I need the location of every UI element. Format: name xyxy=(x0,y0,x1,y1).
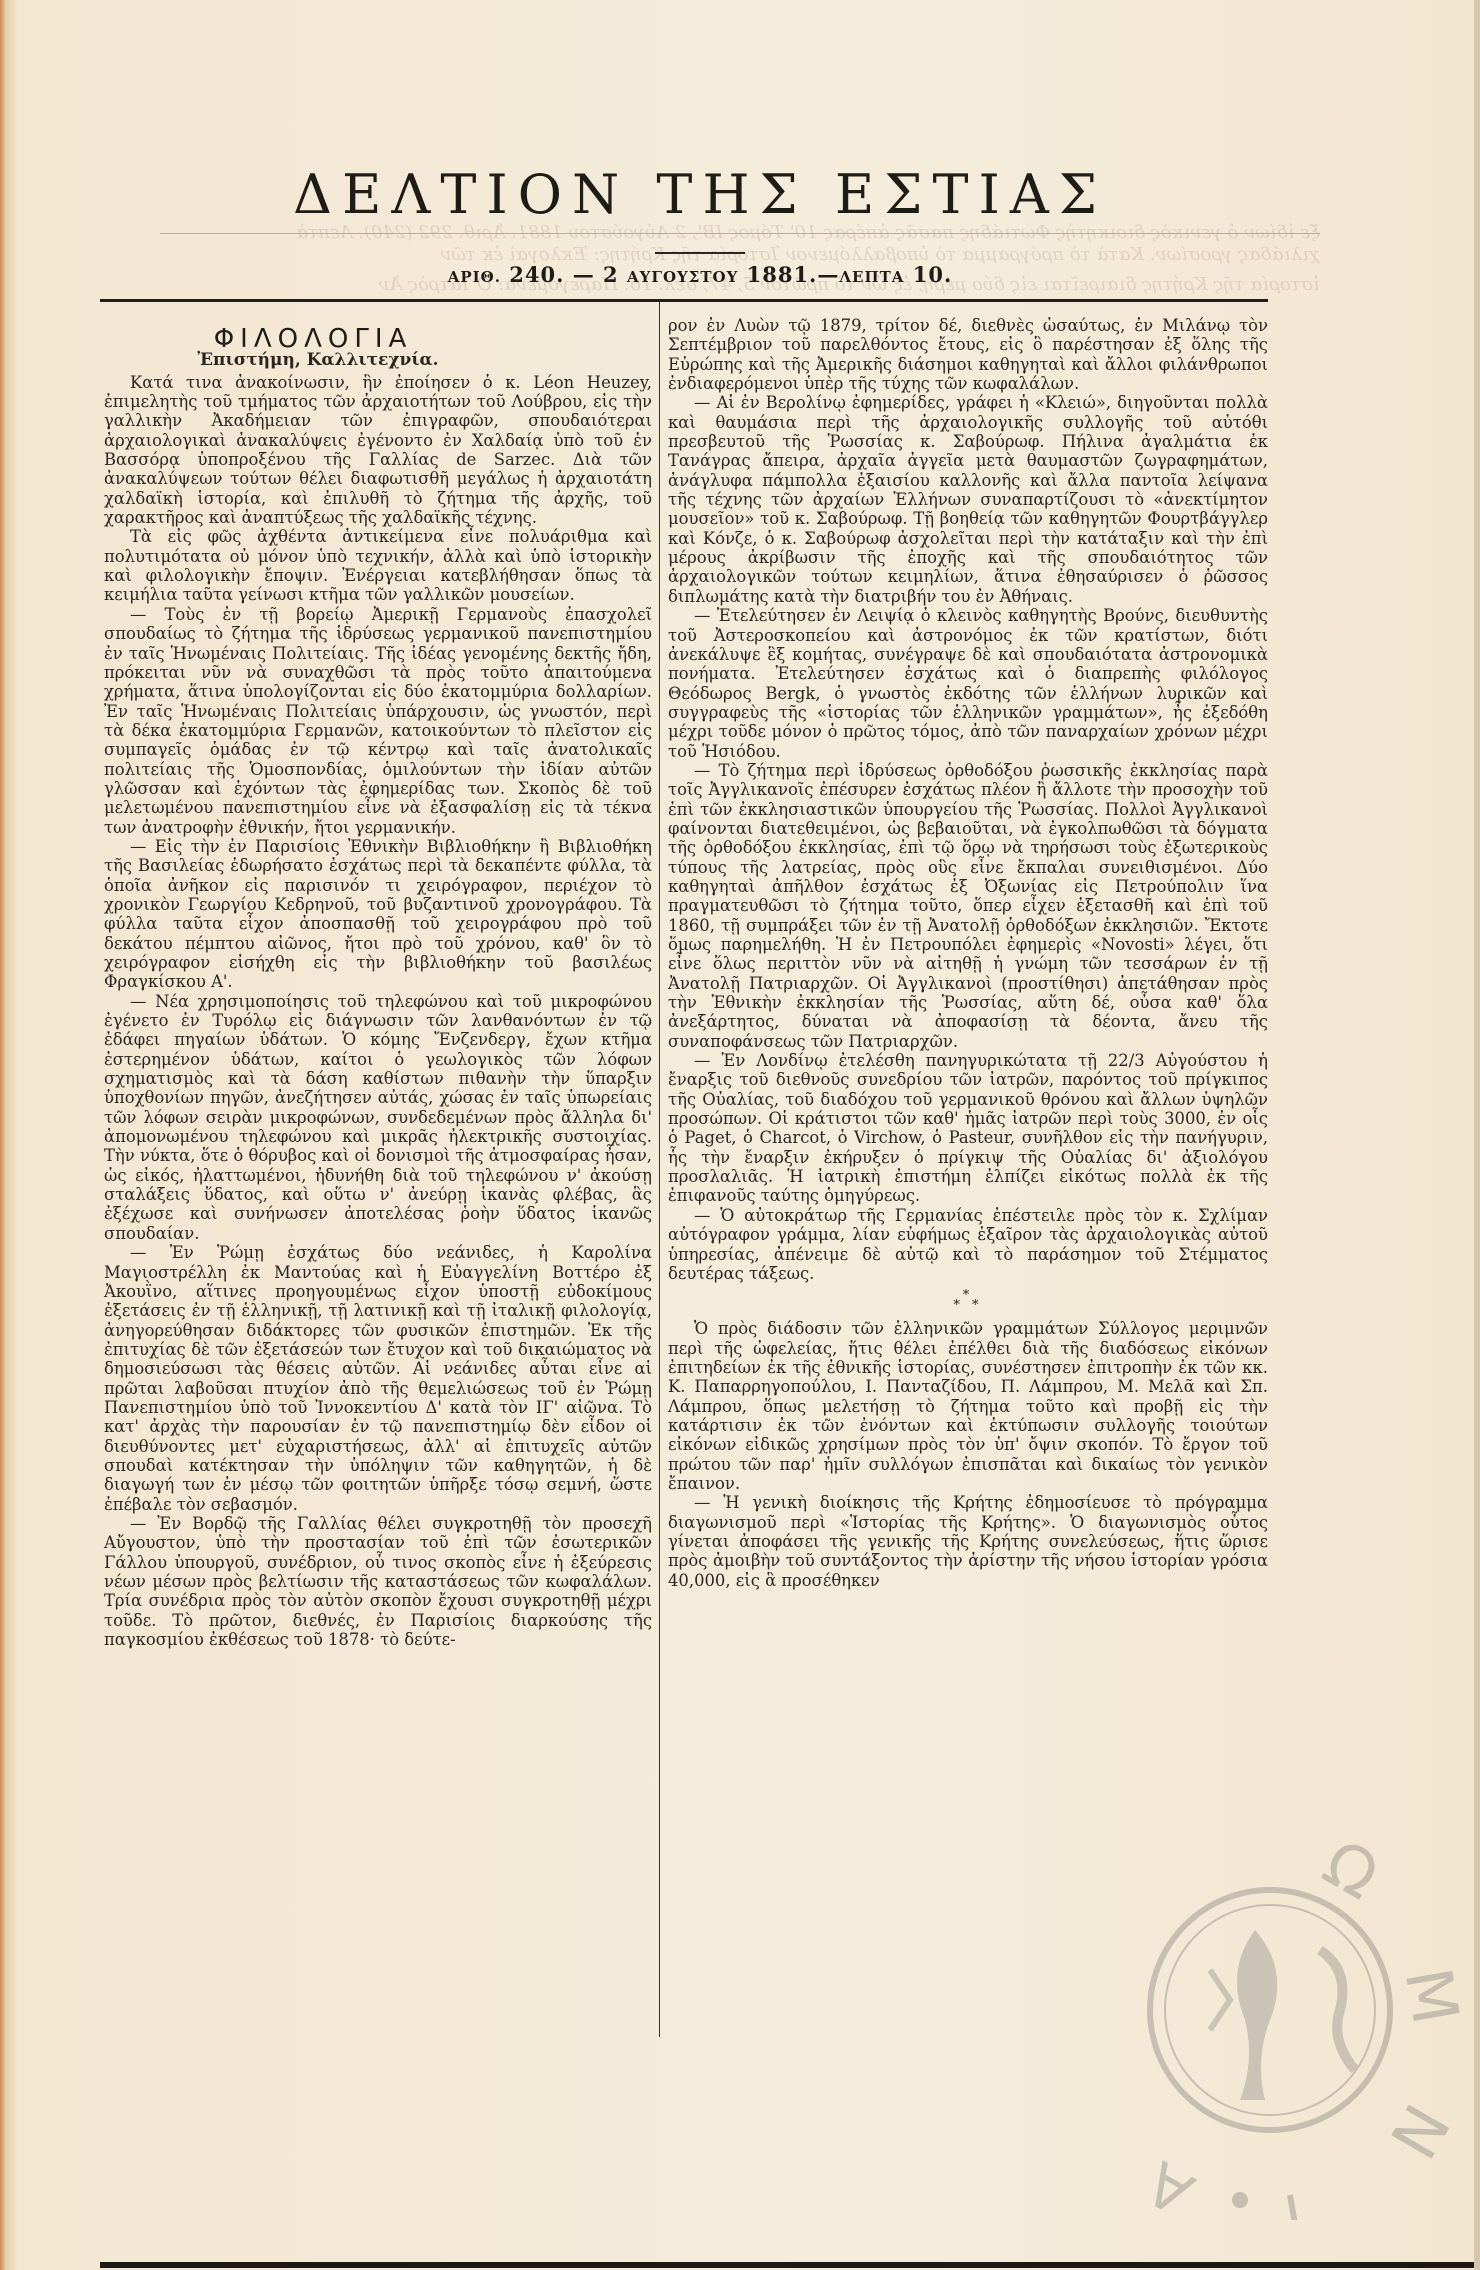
issue-day: 2 xyxy=(603,262,619,287)
right-column: ρον ἐν Λυὼν τῷ 1879, τρίτον δέ, διεθνὲς … xyxy=(668,316,1268,1590)
article-paragraph: — Ἐν Βορδῷ τῆς Γαλλίας θέλει συγκροτηθῇ … xyxy=(104,1514,652,1649)
article-paragraph: — Ἡ γενικὴ διοίκησις τῆς Κρήτης ἐδημοσίε… xyxy=(668,1493,1268,1590)
header-rule xyxy=(100,299,1268,302)
article-paragraph: ρον ἐν Λυὼν τῷ 1879, τρίτον δέ, διεθνὲς … xyxy=(668,316,1268,393)
section-title: ΦΙΛΟΛΟΓΙΑ xyxy=(104,330,652,349)
article-paragraph: — Εἰς τὴν ἐν Παρισίοις Ἐθνικὴν Βιβλιοθήκ… xyxy=(104,837,652,992)
article-paragraph: — Τοὺς ἐν τῇ βορείῳ Ἀμερικῇ Γερμανοὺς ἐπ… xyxy=(104,605,652,837)
issue-dash: — xyxy=(573,262,595,287)
bottom-border xyxy=(100,2262,1480,2268)
article-paragraph: — Αἱ ἐν Βερολίνῳ ἐφημερίδες, γράφει ἡ «Κ… xyxy=(668,393,1268,606)
newspaper-title: ΔΕΛΤΙΟΝ ΤΗΣ ΕΣΤΙΑΣ xyxy=(160,168,1240,222)
archive-stamp-icon: Ω Μ Ν Τ Α xyxy=(1070,1800,1470,2220)
article-paragraph: Ὁ πρὸς διάδοσιν τῶν ἑλληνικῶν γραμμάτων … xyxy=(668,1319,1268,1493)
svg-text:Α: Α xyxy=(1135,2147,1206,2220)
svg-text:Μ: Μ xyxy=(1389,1963,1470,2030)
issue-number: 240. xyxy=(509,262,564,287)
svg-text:Τ: Τ xyxy=(1269,2177,1319,2220)
issue-year: 1881. xyxy=(747,262,818,287)
price-label: ΛΕΠΤΑ xyxy=(839,268,904,286)
article-paragraph: — Ἐτελεύτησεν ἐν Λειψίᾳ ὁ κλεινὸς καθηγη… xyxy=(668,606,1268,761)
svg-text:Ω: Ω xyxy=(1311,1826,1390,1915)
article-paragraph: — Νέα χρησιμοποίησις τοῦ τηλεφώνου καὶ τ… xyxy=(104,992,652,1243)
issue-prefix: ΑΡΙΘ. xyxy=(448,268,501,286)
page-edge xyxy=(1474,0,1480,2270)
article-paragraph: — Ἐν Ῥώμῃ ἐσχάτως δύο νεάνιδες, ἡ Καρολί… xyxy=(104,1243,652,1514)
issue-month: ΑΥΓΟΥΣΤΟΥ xyxy=(627,268,738,286)
masthead: ΔΕΛΤΙΟΝ ΤΗΣ ΕΣΤΙΑΣ xyxy=(160,168,1240,254)
section-subtitle: Ἐπιστήμη, Καλλιτεχνία. xyxy=(104,351,652,370)
article-paragraph: Κατά τινα ἀνακοίνωσιν, ἣν ἐποίησεν ὁ κ. … xyxy=(104,373,652,528)
asterism-bottom: * * xyxy=(668,1301,1268,1311)
article-paragraph: — Ἐν Λονδίνῳ ἐτελέσθη πανηγυρικώτατα τῇ … xyxy=(668,1051,1268,1206)
left-column: ΦΙΛΟΛΟΓΙΑ Ἐπιστήμη, Καλλιτεχνία. Κατά τι… xyxy=(104,316,652,1649)
article-paragraph: Τὰ εἰς φῶς ἀχθέντα ἀντικείμενα εἶνε πολυ… xyxy=(104,527,652,604)
asterism-separator: * * * xyxy=(668,1291,1268,1311)
masthead-short-rule xyxy=(655,252,745,254)
price-value: 10. xyxy=(913,262,953,287)
article-paragraph: — Ὁ αὐτοκράτωρ τῆς Γερμανίας ἐπέστειλε π… xyxy=(668,1206,1268,1283)
newspaper-page: ξε ἰδίων ὁ γενικὸς διοικητὴς Φωτιάδης πα… xyxy=(0,0,1480,2270)
issue-dash-2: — xyxy=(817,262,839,287)
title-rule xyxy=(160,233,1320,234)
issue-line: ΑΡΙΘ. 240. — 2 ΑΥΓΟΥΣΤΟΥ 1881.—ΛΕΠΤΑ 10. xyxy=(160,262,1240,287)
column-divider xyxy=(659,302,660,2037)
svg-text:Ν: Ν xyxy=(1374,2091,1462,2169)
article-paragraph: — Τὸ ζήτημα περὶ ἱδρύσεως ὀρθοδόξου ῥωσσ… xyxy=(668,761,1268,1051)
